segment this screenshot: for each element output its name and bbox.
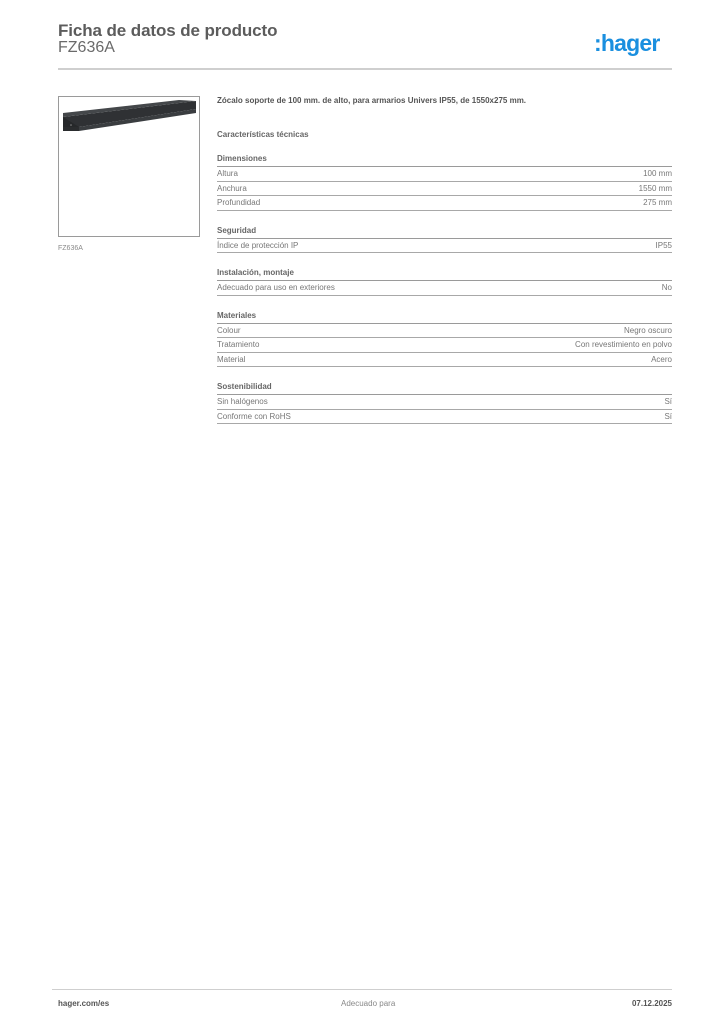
spec-content: Zócalo soporte de 100 mm. de alto, para … [217,96,672,424]
spec-label: Conforme con RoHS [217,410,291,424]
hager-logo: :hager [594,30,660,57]
image-caption: FZ636A [58,245,83,252]
footer-note: Adecuado para [341,999,395,1008]
spec-section: Instalación, montajeAdecuado para uso en… [217,253,672,296]
section-title: Instalación, montaje [217,253,672,281]
spec-label: Altura [217,167,238,181]
spec-value: No [662,281,672,295]
characteristics-title: Características técnicas [217,130,672,139]
product-plinth-icon [59,97,199,236]
spec-value: Sí [664,395,672,409]
footer-date: 07.12.2025 [632,999,672,1008]
spec-row: Índice de protección IPIP55 [217,239,672,254]
page-title: Ficha de datos de producto [58,21,277,41]
spec-section: SostenibilidadSin halógenosSíConforme co… [217,367,672,424]
spec-row: Conforme con RoHSSí [217,410,672,425]
spec-value: Con revestimiento en polvo [575,338,672,352]
footer-divider [52,989,672,990]
spec-label: Tratamiento [217,338,259,352]
spec-row: Sin halógenosSí [217,395,672,410]
spec-label: Colour [217,324,241,338]
spec-value: Sí [664,410,672,424]
spec-value: IP55 [656,239,672,253]
spec-row: Altura100 mm [217,167,672,182]
spec-sections: DimensionesAltura100 mmAnchura1550 mmPro… [217,139,672,424]
spec-label: Sin halógenos [217,395,268,409]
section-title: Dimensiones [217,139,672,167]
product-image [58,96,200,237]
spec-row: ColourNegro oscuro [217,324,672,339]
spec-value: Negro oscuro [624,324,672,338]
spec-section: MaterialesColourNegro oscuroTratamientoC… [217,296,672,368]
spec-value: 275 mm [643,196,672,210]
spec-section: SeguridadÍndice de protección IPIP55 [217,211,672,254]
spec-label: Adecuado para uso en exteriores [217,281,335,295]
section-title: Seguridad [217,211,672,239]
header-divider [58,68,672,70]
section-title: Materiales [217,296,672,324]
product-code: FZ636A [58,39,115,57]
spec-label: Profundidad [217,196,260,210]
product-description: Zócalo soporte de 100 mm. de alto, para … [217,96,672,106]
spec-row: MaterialAcero [217,353,672,368]
spec-label: Material [217,353,245,367]
spec-row: Anchura1550 mm [217,182,672,197]
spec-row: Profundidad275 mm [217,196,672,211]
spec-row: TratamientoCon revestimiento en polvo [217,338,672,353]
spec-value: 1550 mm [639,182,672,196]
section-title: Sostenibilidad [217,367,672,395]
spec-label: Índice de protección IP [217,239,298,253]
spec-label: Anchura [217,182,247,196]
spec-value: Acero [651,353,672,367]
spec-value: 100 mm [643,167,672,181]
spec-row: Adecuado para uso en exterioresNo [217,281,672,296]
spec-section: DimensionesAltura100 mmAnchura1550 mmPro… [217,139,672,211]
footer-website-link[interactable]: hager.com/es [58,999,109,1008]
